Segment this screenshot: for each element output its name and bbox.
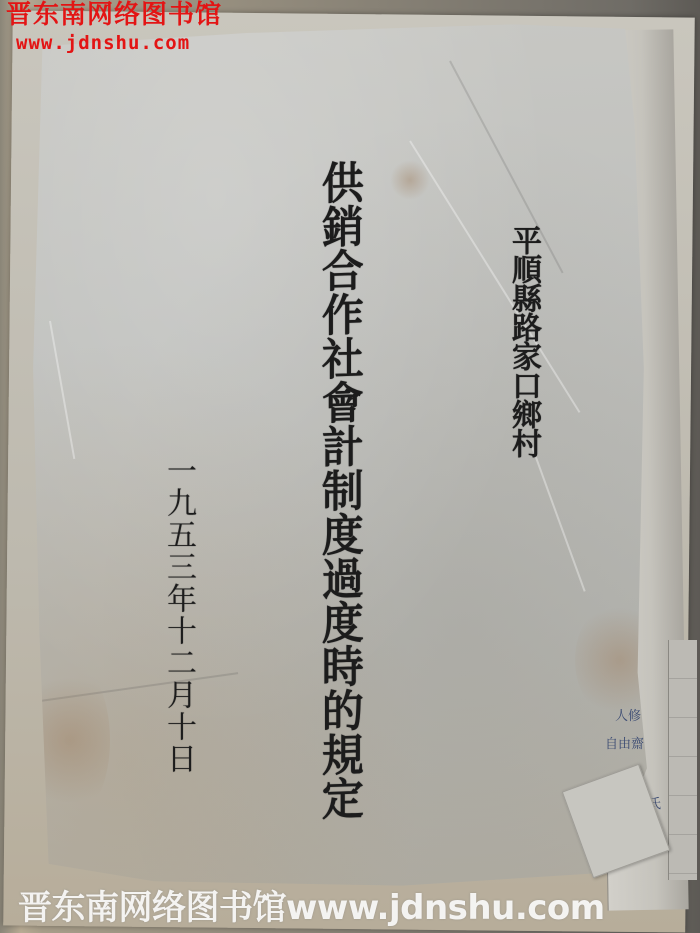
watermark-site-name: 晋东南网络图书馆 — [6, 2, 222, 28]
side-note: 人修 — [615, 705, 641, 724]
paper-crease — [49, 321, 75, 459]
ink-spot — [390, 160, 430, 200]
paper-crease — [409, 140, 580, 412]
watermark-site-url: www.jdnshu.com — [16, 34, 222, 53]
document-title: 供銷合作社會計制度過度時的規定 — [317, 159, 359, 820]
document-date: 一九五三年十二月十日 — [163, 455, 193, 775]
document-author: 平順縣路家口鄉村 — [508, 225, 538, 457]
side-note: 自由齋 — [605, 733, 644, 752]
paper-crease — [529, 441, 586, 592]
ledger-page-edge — [668, 640, 697, 880]
watermark-bottom: 晋东南网络图书馆www.jdnshu.com — [18, 891, 605, 925]
watermark-top: 晋东南网络图书馆 www.jdnshu.com — [6, 2, 222, 53]
photo-scene: 供銷合作社會計制度過度時的規定 平順縣路家口鄉村 一九五三年十二月十日 人修 自… — [0, 0, 700, 933]
